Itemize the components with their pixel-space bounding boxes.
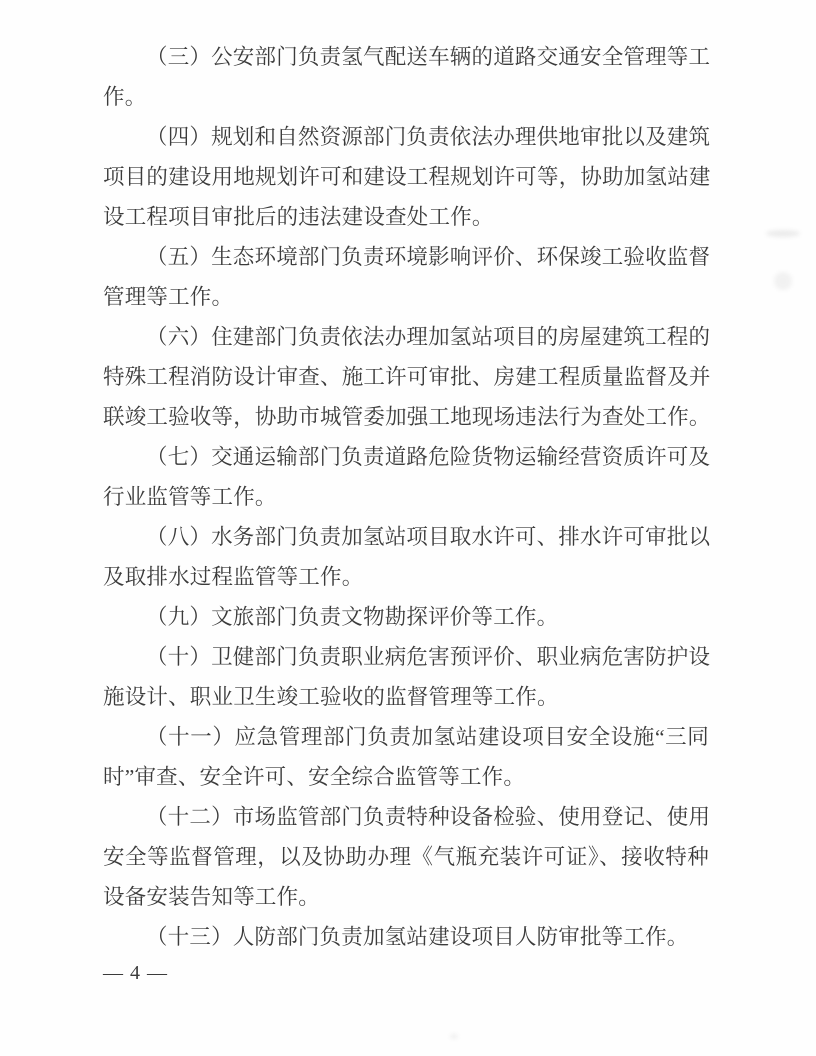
paragraph: （十一）应急管理部门负责加氢站建设项目安全设施“三同时”审查、安全许可、安全综合… bbox=[103, 717, 709, 797]
text-line: （八）水务部门负责加氢站项目取水许可、排水许可审批以 bbox=[103, 517, 709, 557]
paragraph: （四）规划和自然资源部门负责依法办理供地审批以及建筑项目的建设用地规划许可和建设… bbox=[103, 117, 709, 237]
text-line: 时”审查、安全许可、安全综合监管等工作。 bbox=[103, 757, 709, 797]
page-number: — 4 — bbox=[103, 960, 168, 986]
scan-artifact bbox=[766, 230, 800, 237]
text-line: （五）生态环境部门负责环境影响评价、环保竣工验收监督 bbox=[103, 237, 709, 277]
document-body: （三）公安部门负责氢气配送车辆的道路交通安全管理等工作。（四）规划和自然资源部门… bbox=[103, 37, 709, 957]
paragraph: （八）水务部门负责加氢站项目取水许可、排水许可审批以及取排水过程监管等工作。 bbox=[103, 517, 709, 597]
text-line: 及取排水过程监管等工作。 bbox=[103, 557, 709, 597]
text-line: （十）卫健部门负责职业病危害预评价、职业病危害防护设 bbox=[103, 637, 709, 677]
scan-artifact bbox=[450, 1034, 458, 1039]
paragraph: （九）文旅部门负责文物勘探评价等工作。 bbox=[103, 597, 709, 637]
text-line: 项目的建设用地规划许可和建设工程规划许可等，协助加氢站建 bbox=[103, 157, 709, 197]
paragraph: （十二）市场监管部门负责特种设备检验、使用登记、使用安全等监督管理，以及协助办理… bbox=[103, 797, 709, 917]
text-line: （十二）市场监管部门负责特种设备检验、使用登记、使用 bbox=[103, 797, 709, 837]
text-line: 作。 bbox=[103, 77, 709, 117]
paragraph: （六）住建部门负责依法办理加氢站项目的房屋建筑工程的特殊工程消防设计审查、施工许… bbox=[103, 317, 709, 437]
text-line: 行业监管等工作。 bbox=[103, 477, 709, 517]
paragraph: （十）卫健部门负责职业病危害预评价、职业病危害防护设施设计、职业卫生竣工验收的监… bbox=[103, 637, 709, 717]
text-line: （三）公安部门负责氢气配送车辆的道路交通安全管理等工 bbox=[103, 37, 709, 77]
text-line: （七）交通运输部门负责道路危险货物运输经营资质许可及 bbox=[103, 437, 709, 477]
text-line: 设工程项目审批后的违法建设查处工作。 bbox=[103, 197, 709, 237]
scan-artifact bbox=[774, 272, 792, 290]
paragraph: （三）公安部门负责氢气配送车辆的道路交通安全管理等工作。 bbox=[103, 37, 709, 117]
text-line: （四）规划和自然资源部门负责依法办理供地审批以及建筑 bbox=[103, 117, 709, 157]
paragraph: （七）交通运输部门负责道路危险货物运输经营资质许可及行业监管等工作。 bbox=[103, 437, 709, 517]
text-line: （十三）人防部门负责加氢站建设项目人防审批等工作。 bbox=[103, 917, 709, 957]
text-line: 管理等工作。 bbox=[103, 277, 709, 317]
text-line: 安全等监督管理，以及协助办理《气瓶充装许可证》、接收特种 bbox=[103, 837, 709, 877]
text-line: 设备安装告知等工作。 bbox=[103, 877, 709, 917]
paragraph: （十三）人防部门负责加氢站建设项目人防审批等工作。 bbox=[103, 917, 709, 957]
text-line: 施设计、职业卫生竣工验收的监督管理等工作。 bbox=[103, 677, 709, 717]
paragraph: （五）生态环境部门负责环境影响评价、环保竣工验收监督管理等工作。 bbox=[103, 237, 709, 317]
text-line: 联竣工验收等，协助市城管委加强工地现场违法行为查处工作。 bbox=[103, 397, 709, 437]
document-page: （三）公安部门负责氢气配送车辆的道路交通安全管理等工作。（四）规划和自然资源部门… bbox=[0, 0, 816, 1056]
text-line: 特殊工程消防设计审查、施工许可审批、房建工程质量监督及并 bbox=[103, 357, 709, 397]
text-line: （十一）应急管理部门负责加氢站建设项目安全设施“三同 bbox=[103, 717, 709, 757]
text-line: （六）住建部门负责依法办理加氢站项目的房屋建筑工程的 bbox=[103, 317, 709, 357]
text-line: （九）文旅部门负责文物勘探评价等工作。 bbox=[103, 597, 709, 637]
